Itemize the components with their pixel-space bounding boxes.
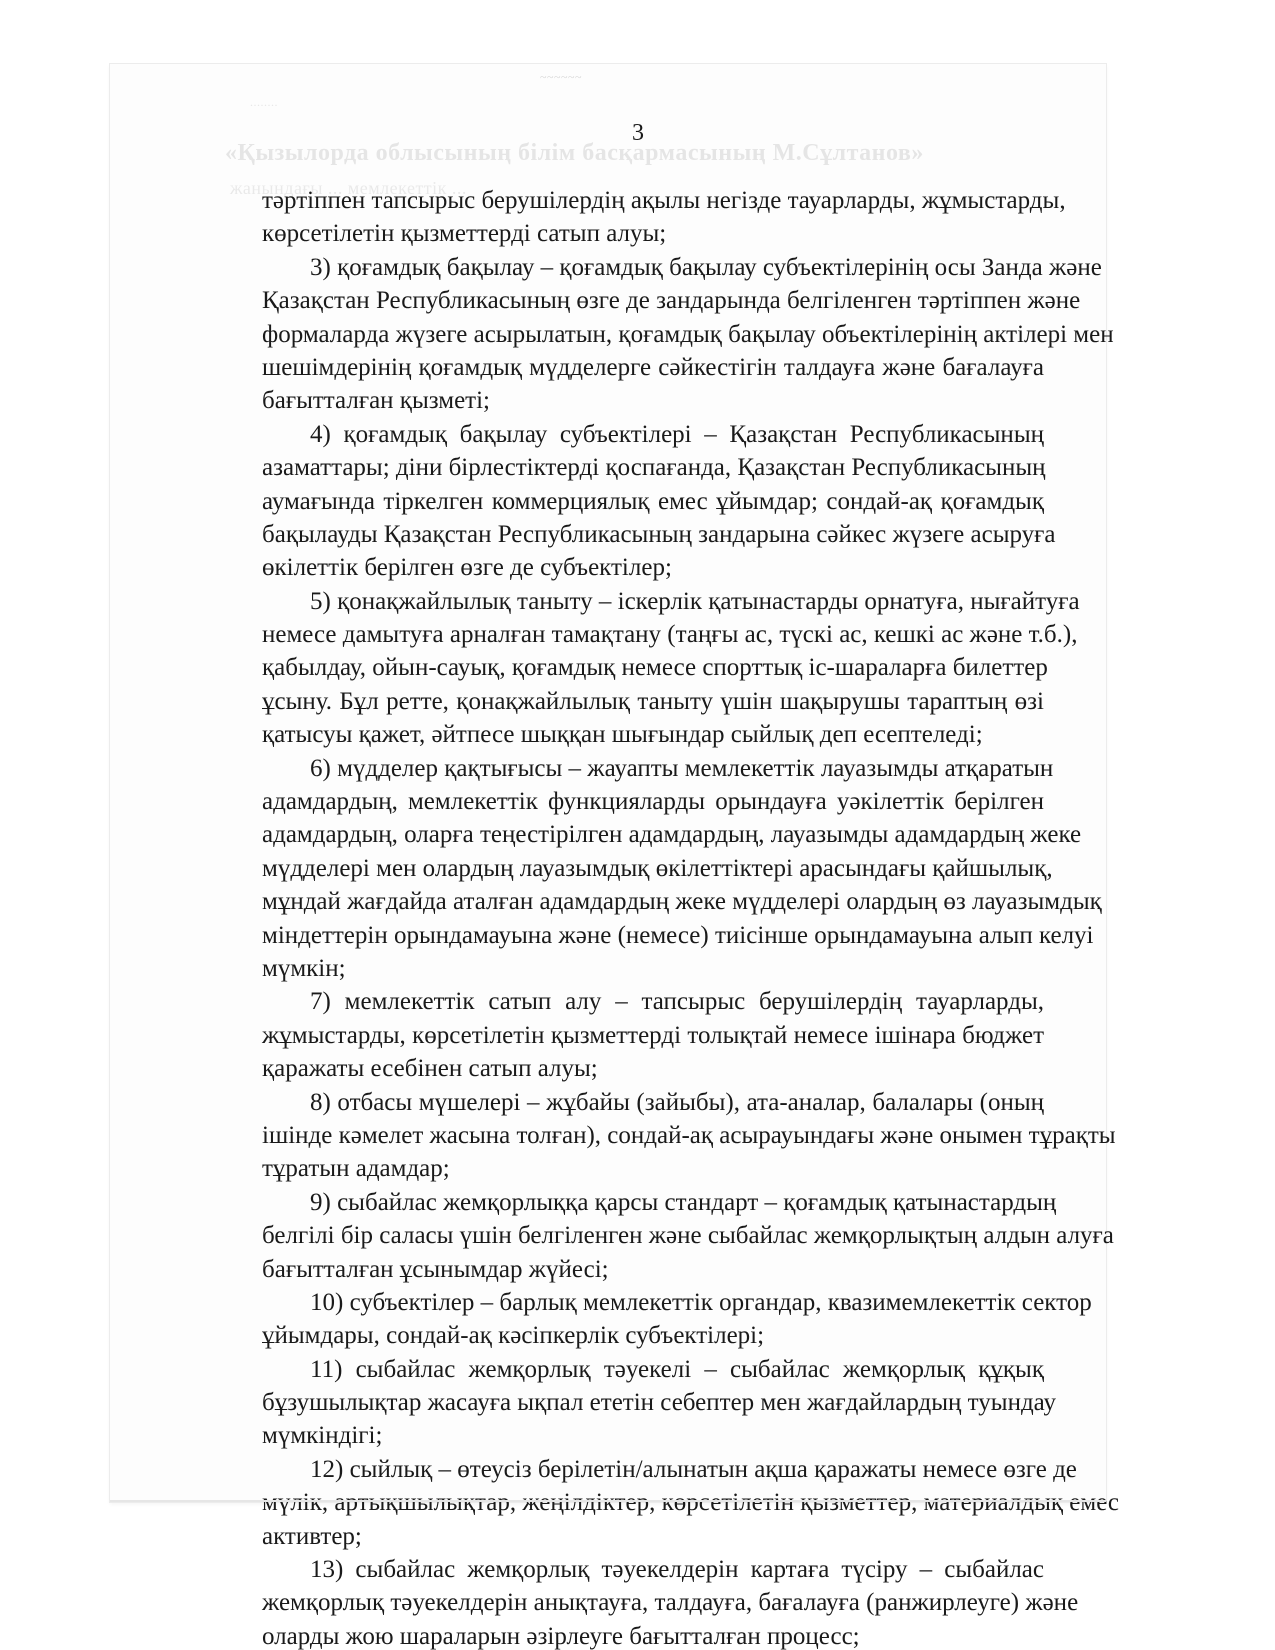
bleed-through-title: «Қызылорда облысының білім басқармасының… <box>225 140 924 167</box>
text-line: қабылдау, ойын-сауық, қоғамдық немесе сп… <box>262 651 1044 684</box>
text-line: міндеттерін орындамауына және (немесе) т… <box>262 919 1044 952</box>
text-line: мүмкін; <box>262 952 1044 985</box>
text-line: 7) мемлекеттік сатып алу – тапсырыс беру… <box>262 985 1044 1018</box>
text-line: адамдардың, мемлекеттік функцияларды оры… <box>262 785 1044 818</box>
text-line: формаларда жүзеге асырылатын, қоғамдық б… <box>262 318 1044 351</box>
text-line: бағытталған ұсынымдар жүйесі; <box>262 1253 1044 1286</box>
text-line: белгілі бір саласы үшін белгіленген және… <box>262 1219 1044 1252</box>
text-line: оларды жою шараларын әзірлеуге бағытталғ… <box>262 1620 1044 1650</box>
text-line: мүмкіндігі; <box>262 1419 1044 1452</box>
text-line: шешімдерінің қоғамдық мүдделерге сәйкест… <box>262 351 1044 384</box>
text-line: ұсыну. Бұл ретте, қонақжайлылық таныту ү… <box>262 685 1044 718</box>
text-line: жемқорлық тәуекелдерін анықтауға, талдау… <box>262 1586 1044 1619</box>
text-line: ішінде кәмелет жасына толған), сондай-ақ… <box>262 1119 1044 1152</box>
text-line: 13) сыбайлас жемқорлық тәуекелдерін карт… <box>262 1553 1044 1586</box>
text-line: қаражаты есебінен сатып алуы; <box>262 1052 1044 1085</box>
text-line: тәртіппен тапсырыс берушілердің ақылы не… <box>262 184 1044 217</box>
text-line: 4) қоғамдық бақылау субъектілері – Қазақ… <box>262 418 1044 451</box>
text-line: немесе дамытуға арналған тамақтану (таңғ… <box>262 618 1044 651</box>
text-line: ұйымдары, сондай-ақ кәсіпкерлік субъекті… <box>262 1319 1044 1352</box>
text-line: бұзушылықтар жасауға ықпал ететін себепт… <box>262 1386 1044 1419</box>
text-line: бағытталған қызметі; <box>262 384 1044 417</box>
text-line: 5) қонақжайлылық таныту – іскерлік қатын… <box>262 585 1044 618</box>
text-line: 11) сыбайлас жемқорлық тәуекелі – сыбайл… <box>262 1353 1044 1386</box>
text-line: 6) мүдделер қақтығысы – жауапты мемлекет… <box>262 752 1044 785</box>
text-line: бақылауды Қазақстан Республикасының занд… <box>262 518 1044 551</box>
text-line: жұмыстарды, көрсетілетін қызметтерді тол… <box>262 1019 1044 1052</box>
text-line: 12) сыйлық – өтеусіз берілетін/алынатын … <box>262 1453 1044 1486</box>
text-line: көрсетілетін қызметтерді сатып алуы; <box>262 217 1044 250</box>
text-line: мұндай жағдайда аталған адамдардың жеке … <box>262 885 1044 918</box>
text-line: 9) сыбайлас жемқорлыққа қарсы стандарт –… <box>262 1186 1044 1219</box>
text-line: 10) субъектілер – барлық мемлекеттік орг… <box>262 1286 1044 1319</box>
text-line: активтер; <box>262 1520 1044 1553</box>
document-body: тәртіппен тапсырыс берушілердің ақылы не… <box>262 184 1044 1650</box>
text-line: адамдардың, оларға теңестірілген адамдар… <box>262 818 1044 851</box>
text-line: қатысуы қажет, әйтпесе шыққан шығындар с… <box>262 718 1044 751</box>
text-line: мүлік, артықшылықтар, жеңілдіктер, көрсе… <box>262 1486 1044 1519</box>
text-line: Қазақстан Республикасының өзге де зандар… <box>262 284 1044 317</box>
text-line: мүдделері мен олардың лауазымдық өкілетт… <box>262 852 1044 885</box>
text-line: тұратын адамдар; <box>262 1152 1044 1185</box>
bleed-through-header-mark: ~~~~~~ <box>540 70 582 85</box>
text-line: 3) қоғамдық бақылау – қоғамдық бақылау с… <box>262 251 1044 284</box>
text-line: азаматтары; діни бірлестіктерді қоспаған… <box>262 451 1044 484</box>
text-line: 8) отбасы мүшелері – жұбайы (зайыбы), ат… <box>262 1086 1044 1119</box>
page-number: 3 <box>632 119 644 147</box>
bleed-through-header-small: ........ <box>250 95 278 110</box>
text-line: аумағында тіркелген коммерциялық емес ұй… <box>262 485 1044 518</box>
page-bottom-edge <box>110 1500 1106 1502</box>
text-line: өкілеттік берілген өзге де субъектілер; <box>262 551 1044 584</box>
